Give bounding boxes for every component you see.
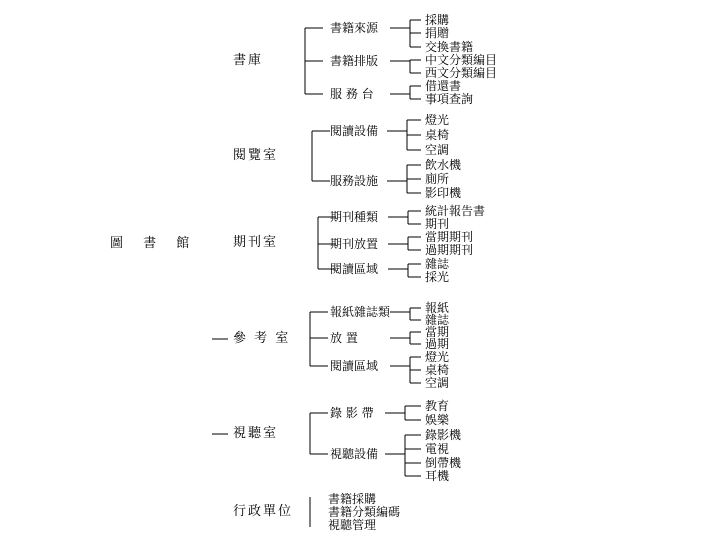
group-label: 視聽室 (233, 427, 278, 440)
leaf-label: 當期期刊 (425, 231, 473, 243)
subnode-label: 服 務 台 (330, 88, 374, 100)
leaf-label: 採光 (425, 271, 449, 283)
org-chart-diagram: 圖 書 館 採購捐贈交換書籍書籍來源中文分類編目西文分類編目書籍排版借還書事項查… (0, 0, 720, 540)
leaf-label: 錄影機 (425, 429, 461, 441)
subnode-label: 期刊種類 (330, 211, 378, 223)
leaf-label: 雜誌 (425, 258, 449, 270)
leaf-label: 過期期刊 (425, 244, 473, 256)
subnode-label: 閱讀區域 (330, 263, 378, 275)
leaf-label: 空調 (425, 377, 449, 389)
leaf-label: 事項查詢 (425, 93, 473, 105)
leaf-label: 期刊 (425, 218, 449, 230)
leaf-label: 娛樂 (425, 414, 449, 426)
leaf-label: 視聽管理 (328, 519, 376, 531)
group-label: 書庫 (233, 54, 263, 67)
leaf-label: 電視 (425, 443, 449, 455)
subnode-label: 閱讀設備 (330, 125, 378, 137)
leaf-label: 桌椅 (425, 364, 449, 376)
leaf-label: 借還書 (425, 80, 461, 92)
leaf-label: 統計報告書 (425, 205, 485, 217)
group-label: 期刊室 (233, 236, 278, 249)
leaf-label: 影印機 (425, 187, 461, 199)
leaf-label: 燈光 (425, 351, 449, 363)
leaf-label: 空調 (425, 144, 449, 156)
leaf-label: 過期 (425, 338, 449, 350)
leaf-label: 採購 (425, 14, 449, 26)
subnode-label: 視聽設備 (330, 448, 378, 460)
subnode-label: 書籍來源 (330, 22, 378, 34)
leaf-label: 書籍分類編碼 (328, 506, 400, 518)
subnode-label: 錄 影 帶 (330, 407, 374, 419)
group-label: 參 考 室 (233, 332, 290, 345)
group-label: 閱覽室 (233, 149, 278, 162)
subnode-label: 服務設施 (330, 175, 378, 187)
leaf-label: 耳機 (425, 470, 449, 482)
leaf-label: 飲水機 (425, 159, 461, 171)
subnode-label: 期刊放置 (330, 238, 378, 250)
leaf-label: 燈光 (425, 114, 449, 126)
leaf-label: 廁所 (425, 173, 449, 185)
leaf-label: 倒帶機 (425, 457, 461, 469)
leaf-label: 捐贈 (425, 27, 449, 39)
group-label: 行政單位 (233, 505, 293, 518)
leaf-label: 西文分類編目 (425, 67, 497, 79)
subnode-label: 放 置 (330, 332, 358, 344)
leaf-label: 交換書籍 (425, 41, 473, 53)
root-label: 圖 書 館 (110, 237, 197, 250)
subnode-label: 報紙雜誌類 (330, 306, 390, 318)
leaf-label: 桌椅 (425, 129, 449, 141)
leaf-label: 中文分類編目 (425, 54, 497, 66)
subnode-label: 閱讀區域 (330, 360, 378, 372)
subnode-label: 書籍排版 (330, 55, 378, 67)
leaf-label: 書籍採購 (328, 493, 376, 505)
leaf-label: 教育 (425, 400, 449, 412)
